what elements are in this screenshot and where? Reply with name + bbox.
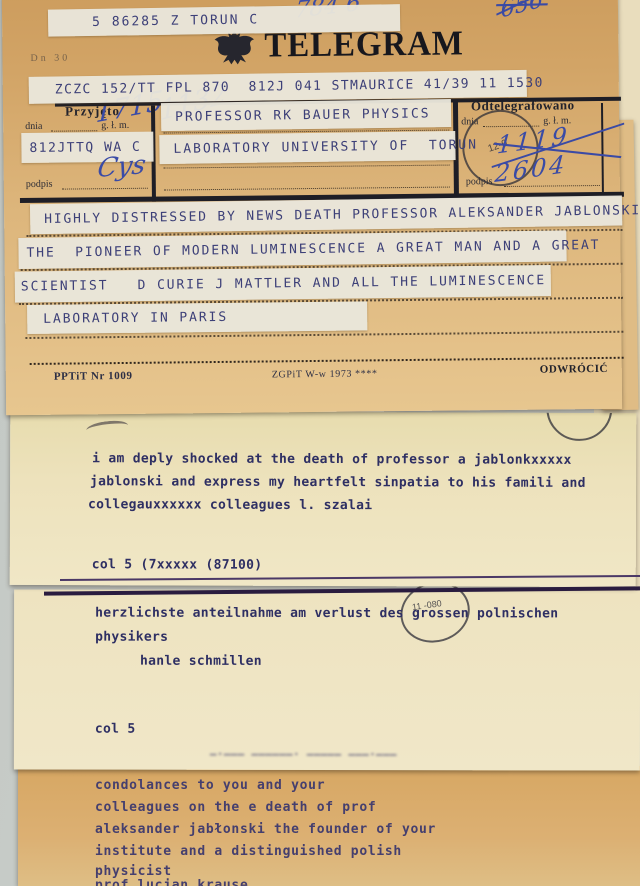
addressee-tape-2: LABORATORY UNIVERSITY OF TORUN [159,131,455,164]
received-podpis-label: podpis [26,179,53,190]
telegram4-line-4: institute and a distinguished polish [95,844,402,859]
telegram2-sheet: i am deply shocked at the death of profe… [10,411,637,587]
telegram2-col-line: col 5 (7xxxxx (87100) [92,557,263,573]
dotted-rule [30,357,624,365]
telegram3-col-line: col 5 [95,722,136,737]
message-tape-4: LABORATORY IN PARIS [27,301,367,334]
form-print-info: ZGPiT W-w 1973 **** [272,368,378,380]
message-line-2: THE PIONEER OF MODERN LUMINESCENCE A GRE… [18,238,600,261]
telegram3-sheet: 11 -080 herzlichste anteilnahme am verlu… [14,589,640,770]
form-number: PPTiT Nr 1009 [54,370,133,383]
received-signature-handwritten: Cys [95,150,148,184]
telegram3-line-1: herzlichste anteilnahme am verlust des g… [95,606,558,622]
telegram2-line-2: jablonski and express my heartfelt sinpa… [90,474,586,491]
telegram2-line-3: collegauxxxxxx colleagues l. szalai [88,497,372,513]
routing-code: 5 86285 Z TORUN C [48,12,259,30]
faded-print-note: Dn 30 [30,53,70,64]
addressee-line-2: LABORATORY UNIVERSITY OF TORUN [159,138,478,157]
dotted-rule [62,188,148,190]
eagle-emblem-icon [212,29,256,69]
dotted-rule [504,185,600,187]
telegram4-sheet: condolances to you and your colleagues o… [18,766,640,886]
received-glm-label: g. ł. m. [101,120,129,131]
message-line-1: HIGHLY DISTRESSED BY NEWS DEATH PROFESSO… [30,203,640,227]
telegram4-signature: prof lucjan krause [95,878,248,886]
routing-line: ZCZC 152/TT FPL 870 812J 041 STMAURICE 4… [29,76,544,98]
received-dnia-label: dnia [25,121,42,132]
telegram2-line-1: i am deply shocked at the death of profe… [92,451,572,468]
message-line-3: SCIENTIST D CURIE J MATTLER AND ALL THE … [15,273,546,294]
dotted-rule [164,187,450,191]
addressee-tape-1: PROFESSOR RK BAUER PHYSICS [161,99,451,131]
routing-tape-top: 5 86285 Z TORUN C [48,4,400,37]
form-turn-over-label: ODWRÓCIĆ [540,363,608,376]
addressee-line-1: PROFESSOR RK BAUER PHYSICS [161,106,431,125]
message-tape-3: SCIENTIST D CURIE J MATTLER AND ALL THE … [15,265,551,303]
message-line-4: LABORATORY IN PARIS [27,310,228,327]
cutoff-text-line: —·——— ——————· ————— ———·——— [210,748,397,761]
ink-smudge [86,419,129,437]
telegram4-line-1: condolances to you and your [95,778,325,793]
telegram4-line-5: physicist [95,864,172,879]
dotted-rule [164,165,450,169]
telegram4-line-3: aleksander jabłonski the founder of your [95,822,436,837]
telegram4-line-2: colleagues on the e death of prof [95,800,376,815]
handwritten-crossed-number: 656 [500,0,544,24]
telegram-photo: 5 86285 Z TORUN C 784 6 656 Dn 30 TELEGR… [0,0,640,886]
postal-stamp-partial [546,411,612,441]
retransmitted-podpis-label: podpis [466,176,493,187]
telegram3-line-2: physikers [95,630,168,645]
telegram3-signature: hanle schmillen [140,654,262,669]
telegram1-form: 5 86285 Z TORUN C 784 6 656 Dn 30 TELEGR… [2,0,622,415]
